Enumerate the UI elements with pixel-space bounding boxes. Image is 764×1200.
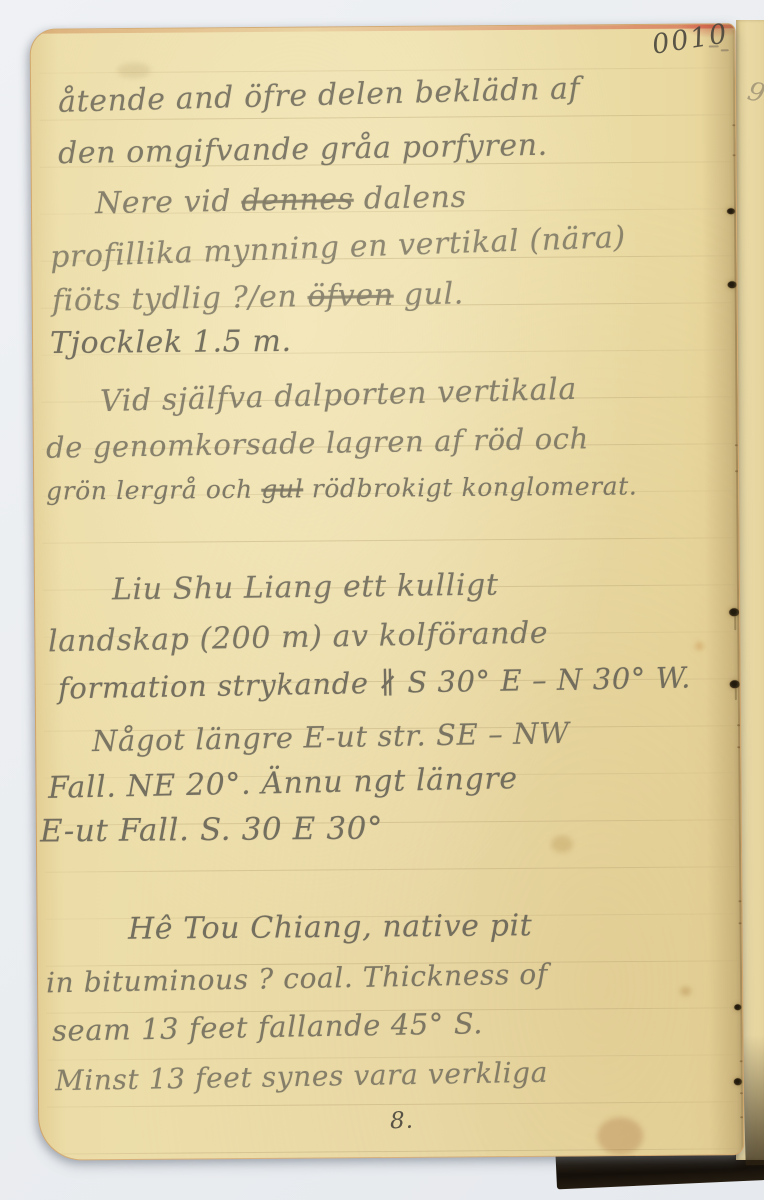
ruled-line — [40, 208, 732, 214]
ruled-line — [43, 584, 735, 590]
ruled-line — [39, 114, 731, 120]
stitch-hole — [730, 680, 740, 688]
stain — [680, 987, 691, 996]
perforation-speck — [738, 900, 741, 902]
notebook-page — [30, 23, 745, 1161]
perforation-speck — [740, 1092, 743, 1094]
stitch-hole — [727, 281, 736, 288]
ruled-line — [47, 1101, 739, 1107]
perforation-speck — [740, 1116, 743, 1118]
ruled-line — [42, 490, 734, 496]
ruled-line — [41, 349, 733, 355]
ruled-line — [47, 1054, 739, 1060]
thread-slit — [735, 688, 737, 700]
stitch-hole — [734, 1004, 741, 1010]
smudge — [117, 63, 151, 78]
perforation-speck — [737, 746, 740, 748]
ruled-line — [46, 913, 738, 919]
pencil-dash — [721, 49, 729, 51]
perforation-speck — [740, 1060, 743, 1062]
ruled-line — [40, 161, 732, 167]
adjacent-page-mark: 9 — [745, 76, 764, 109]
notebook-photo: { "photo": { "background_color": "#eef0f… — [0, 0, 764, 1200]
perforation-speck — [735, 444, 738, 446]
stitch-hole — [729, 608, 739, 616]
ruled-line — [44, 678, 736, 684]
ruled-line — [40, 255, 732, 261]
ruled-line — [45, 866, 737, 872]
stain — [597, 1117, 643, 1155]
ruled-line — [46, 960, 738, 966]
perforation-speck — [732, 124, 735, 126]
thread-slit — [734, 616, 736, 630]
ruled-line — [43, 537, 735, 543]
perforation-speck — [735, 470, 738, 472]
ruled-line — [41, 302, 733, 308]
page-top-edge-tint — [31, 24, 735, 34]
ruled-line — [43, 631, 735, 637]
rust-spot — [695, 643, 703, 650]
ruled-line — [46, 1007, 738, 1013]
ruled-line — [44, 725, 736, 731]
perforation-speck — [733, 154, 736, 156]
pencil-dash — [709, 45, 719, 47]
ruled-line — [44, 772, 736, 778]
book-cover-corner-shadow — [742, 1035, 764, 1166]
stitch-hole — [727, 208, 735, 214]
ruled-line — [45, 819, 737, 825]
ruled-line — [41, 396, 733, 402]
stain — [551, 836, 573, 853]
perforation-speck — [739, 922, 742, 924]
stitch-hole — [734, 1078, 742, 1085]
ruled-line — [42, 443, 734, 449]
perforation-speck — [737, 724, 740, 726]
